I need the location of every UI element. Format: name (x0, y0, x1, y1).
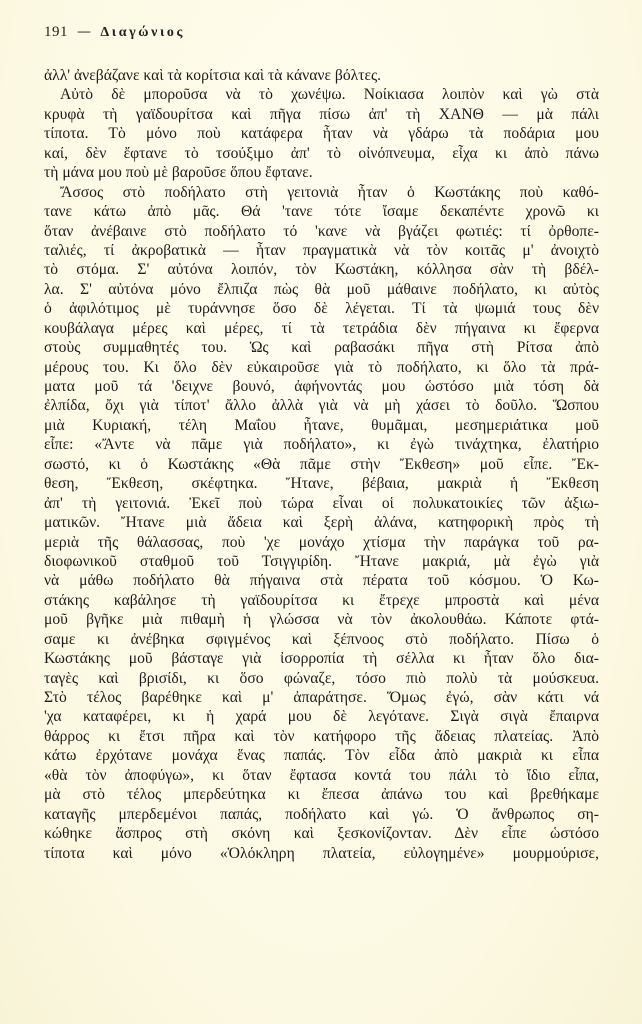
text-line: κουβάλαγα μέρες καὶ μέρες, τί τὰ τετράδι… (44, 319, 599, 338)
text-line: κώθηκε ἄσπρος στὴ σκόνη καὶ ξεσκονίζοντα… (44, 824, 599, 843)
text-line: θεση, Ἔκθεση, σκέφτηκα. Ἤτανε, βέβαια, μ… (44, 474, 599, 493)
text-line: Στὸ τέλος βαρέθηκε καὶ μ' ἀπαράτησε. Ὅμω… (44, 688, 599, 707)
text-line: κάτω ἐρχότανε μονάχα ἕνας παπάς. Τὸν εἶδ… (44, 746, 599, 765)
text-line: κρυφὰ τὴ γαϊδουρίτσα καὶ πῆγα πίσω ἀπ' τ… (44, 105, 599, 124)
text-line: εἶπε: «Ἄντε νὰ πᾶμε γιὰ ποδήλατο», κι ἐγ… (44, 435, 599, 454)
text-line: νὰ μάθω ποδήλατο θὰ πήγαινα στὰ πέρατα τ… (44, 571, 599, 590)
page-number: 191 (44, 24, 68, 40)
running-head: 191 — Διαγώνιος (44, 24, 185, 41)
text-line: τίποτα καὶ μόνο «Ὁλόκληρη πλατεία, εὐλογ… (44, 844, 599, 863)
text-line: 'χα καταφέρει, κι ἡ χαρά μου δὲ λεγότανε… (44, 707, 599, 726)
text-line: στάκης καβάλησε τὴ γαϊδουρίτσα κι ἔτρεχε… (44, 591, 599, 610)
text-line: μιὰ Κυριακή, τέλη Μαΐου ἦτανε, θυμᾶμαι, … (44, 416, 599, 435)
text-line: διοφωνικοῦ σταθμοῦ τοῦ Τσιγγιρίδη. Ἤτανε… (44, 552, 599, 571)
text-line: ἀπ' τὴ γειτονιά. Ἐκεῖ ποὺ τώρα εἶναι οἱ … (44, 494, 599, 513)
text-line: καί, δὲν ἔφτανε τὸ τσούξιμο ἀπ' τὸ οἰνόπ… (44, 144, 599, 163)
text-line: Αὐτὸ δὲ μποροῦσα νὰ τὸ χωνέψω. Νοίκιασα … (44, 85, 599, 104)
text-line: μεριὰ τῆς θάλασσας, ποὺ 'χε μονάχο χτίσμ… (44, 533, 599, 552)
text-line: τανε κάτω ἀπὸ μᾶς. Θά 'τανε τότε ἴσαμε δ… (44, 202, 599, 221)
text-line: σωστό, κι ὁ Κωστάκης «Θὰ πᾶμε στὴν Ἔκθεσ… (44, 455, 599, 474)
running-title: Διαγώνιος (100, 25, 185, 40)
text-line: ἐλπίδα, ὄχι γιὰ τίποτ' ἄλλο ἀλλὰ γιὰ νὰ … (44, 396, 599, 415)
text-line: Κωστάκης μοῦ βάσταγε γιὰ ἰσορροπία τὴ σέ… (44, 649, 599, 668)
text-line: θάρρος κι ἔτσι πῆρα καὶ τὸν κατήφορο τῆς… (44, 727, 599, 746)
text-line: τὸ στόμα. Σ' αὐτόνα λοιπόν, τὸν Κωστάκη,… (44, 260, 599, 279)
text-line: ὅταν ἀνέβαινε στὸ ποδήλατο τό 'κανε νὰ β… (44, 222, 599, 241)
text-line: Ἄσσος στὸ ποδήλατο στὴ γειτονιὰ ἦταν ὁ Κ… (44, 183, 599, 202)
text-line: ματα μοῦ τά 'δειχνε βουνό, ἀφήνοντάς μου… (44, 377, 599, 396)
text-line: μοῦ βγῆκε μιὰ πιθαμὴ ἡ γλώσσα νὰ τὸν ἀκο… (44, 610, 599, 629)
book-page: 191 — Διαγώνιος ἀλλ' ἀνεβάζανε καὶ τὰ κο… (0, 0, 642, 1024)
text-line: ματικῶν. Ἤτανε μιὰ ἄδεια καὶ ξερὴ ἀλάνα,… (44, 513, 599, 532)
text-line: στοὺς συμμαθητές του. Ὡς καὶ ραβασάκι πῆ… (44, 338, 599, 357)
text-line: καταγῆς μπερδεμένοι παπάς, ποδήλατο καὶ … (44, 805, 599, 824)
text-line: «θὰ τὸν ἀποφύγω», κι ὅταν ἔφτασα κοντά τ… (44, 766, 599, 785)
text-line: τὴ μάνα μου ποὺ μὲ βαροῦσε ὅπου ἔφτανε. (44, 163, 599, 182)
text-line: ἀλλ' ἀνεβάζανε καὶ τὰ κορίτσια καὶ τὰ κά… (44, 66, 599, 85)
text-line: ταλιές, τί ἀκροβατικὰ — ἦταν πραγματικὰ … (44, 241, 599, 260)
text-line: ταγὲς καὶ βρισίδι, κι ὅσο φώναζε, τόσο π… (44, 669, 599, 688)
text-line: μέρους του. Κι ὅλο δὲν εὐκαιροῦσε γιὰ τὸ… (44, 358, 599, 377)
text-line: τίποτα. Τὸ μόνο ποὺ κατάφερα ἦταν νὰ γδά… (44, 124, 599, 143)
text-line: μὰ στὸ τέλος μπερδεύτηκα κι ἔπεσα ἀπάνω … (44, 785, 599, 804)
header-separator: — (77, 24, 92, 40)
text-line: λα. Σ' αὐτόνα μόνο ἔλπιζα πὼς θὰ μοῦ μάθ… (44, 280, 599, 299)
body-text: ἀλλ' ἀνεβάζανε καὶ τὰ κορίτσια καὶ τὰ κά… (44, 66, 599, 863)
text-line: ὁ ἀφιλότιμος μὲ τυράννησε ὅσο δὲ λέγεται… (44, 299, 599, 318)
text-line: σαμε κι ἀνέβηκα σφιγμένος καὶ ξέπνοος στ… (44, 630, 599, 649)
